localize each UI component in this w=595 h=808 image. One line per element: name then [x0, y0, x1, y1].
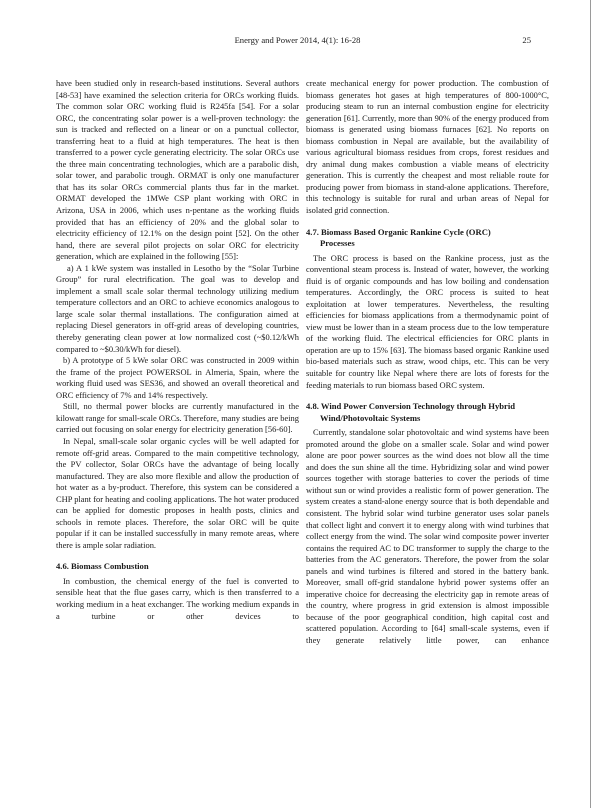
section-heading-4-8: 4.8. Wind Power Conversion Technology th… — [306, 401, 549, 424]
paragraph-solar-orc-intro: have been studied only in research-based… — [56, 78, 299, 263]
spacer — [56, 551, 299, 561]
section-heading-4-7: 4.7. Biomass Based Organic Rankine Cycle… — [306, 227, 549, 250]
page-number: 25 — [522, 34, 531, 46]
document-page: Energy and Power 2014, 4(1): 16-28 25 ha… — [0, 0, 595, 808]
spacer — [306, 391, 549, 401]
paragraph-biomass-combustion-cont: create mechanical energy for power produ… — [306, 78, 549, 217]
section-heading-4-8-line2: Wind/Photovoltaic Systems — [306, 413, 549, 425]
left-column: have been studied only in research-based… — [56, 78, 299, 622]
paragraph-biomass-orc: The ORC process is based on the Rankine … — [306, 253, 549, 392]
journal-citation: Energy and Power 2014, 4(1): 16-28 — [0, 34, 595, 46]
section-heading-4-7-line2: Processes — [306, 238, 549, 250]
right-column: create mechanical energy for power produ… — [306, 78, 549, 647]
list-item-b-powersol: b) A prototype of 5 kWe solar ORC was co… — [56, 355, 299, 401]
list-item-a-lesotho: a) A 1 kWe system was installed in Lesot… — [56, 263, 299, 355]
section-heading-4-7-line1: 4.7. Biomass Based Organic Rankine Cycle… — [306, 227, 491, 237]
spacer — [306, 217, 549, 227]
section-heading-4-6: 4.6. Biomass Combustion — [56, 561, 299, 573]
paragraph-nepal-solar-orc: In Nepal, small-scale solar organic cycl… — [56, 436, 299, 551]
paragraph-biomass-combustion: In combustion, the chemical energy of th… — [56, 576, 299, 622]
page-edge-divider — [590, 0, 591, 808]
paragraph-thermal-power-blocks: Still, no thermal power blocks are curre… — [56, 401, 299, 436]
section-heading-4-8-line1: 4.8. Wind Power Conversion Technology th… — [306, 401, 515, 411]
paragraph-hybrid-wind-pv: Currently, standalone solar photovoltaic… — [306, 427, 549, 646]
running-head: Energy and Power 2014, 4(1): 16-28 25 — [0, 34, 595, 46]
